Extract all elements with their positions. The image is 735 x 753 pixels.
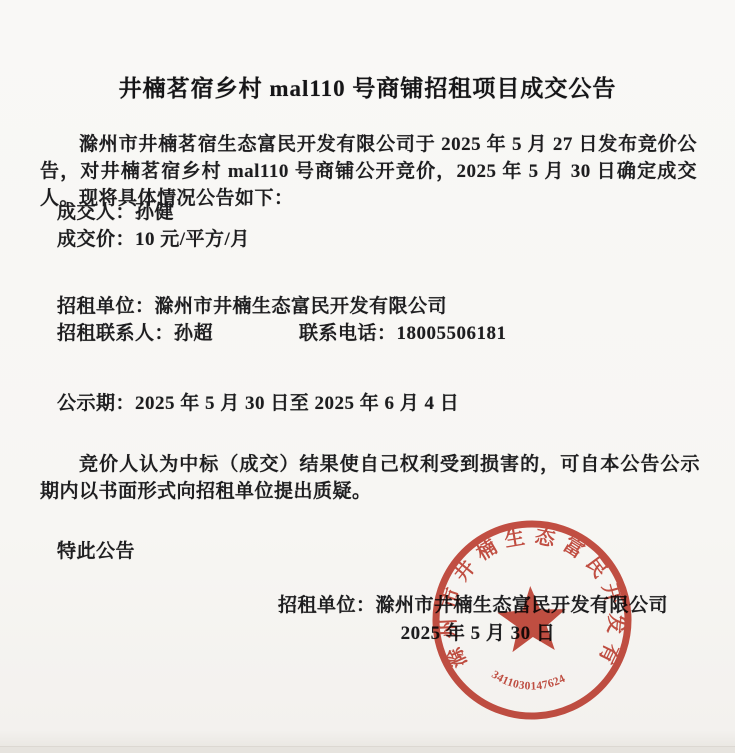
signature-org-label: 招租单位： bbox=[278, 595, 376, 616]
publicity-period-line: 公示期：2025 年 5 月 30 日至 2025 年 6 月 4 日 bbox=[57, 390, 459, 417]
contact-line: 招租联系人：孙超联系电话：18005506181 bbox=[57, 320, 507, 347]
landlord-value: 滁州市井楠生态富民开发有限公司 bbox=[155, 296, 448, 317]
winner-line: 成交人：孙健 bbox=[57, 199, 174, 226]
objection-paragraph: 竞价人认为中标（成交）结果使自己权利受到损害的，可自本公告公示期内以书面形式向招… bbox=[40, 451, 700, 505]
paper-bottom-edge bbox=[0, 746, 735, 753]
closing-statement: 特此公告 bbox=[57, 538, 135, 565]
document-title: 井楠茗宿乡村 mal110 号商铺招租项目成交公告 bbox=[0, 70, 735, 103]
phone-value: 18005506181 bbox=[397, 323, 507, 344]
landlord-line: 招租单位：滁州市井楠生态富民开发有限公司 bbox=[57, 293, 447, 320]
signature-org-line: 招租单位：滁州市井楠生态富民开发有限公司 bbox=[278, 592, 678, 619]
price-line: 成交价：10 元/平方/月 bbox=[57, 226, 250, 253]
announcement-document: 井楠茗宿乡村 mal110 号商铺招租项目成交公告 滁州市井楠茗宿生态富民开发有… bbox=[0, 0, 735, 753]
publicity-value: 2025 年 5 月 30 日至 2025 年 6 月 4 日 bbox=[135, 393, 459, 414]
price-label: 成交价： bbox=[57, 229, 135, 250]
publicity-label: 公示期： bbox=[57, 393, 135, 414]
seal-serial-number: 3411030147624 bbox=[489, 665, 568, 695]
landlord-label: 招租单位： bbox=[57, 296, 155, 317]
winner-value: 孙健 bbox=[135, 202, 174, 223]
winner-label: 成交人： bbox=[57, 202, 135, 223]
signature-date: 2025 年 5 月 30 日 bbox=[278, 620, 678, 647]
contact-label: 招租联系人： bbox=[57, 323, 174, 344]
price-value: 10 元/平方/月 bbox=[135, 229, 250, 250]
contact-value: 孙超 bbox=[174, 323, 213, 344]
signature-org-value: 滁州市井楠生态富民开发有限公司 bbox=[376, 595, 669, 616]
phone-label: 联系电话： bbox=[299, 323, 397, 344]
